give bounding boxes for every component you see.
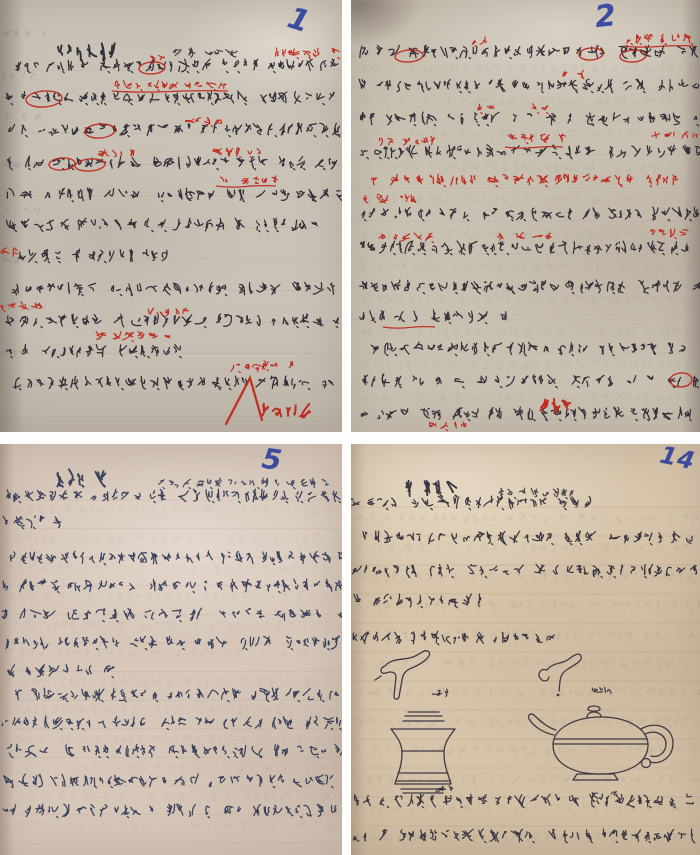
handwriting-layer-1 [0, 0, 342, 432]
bleedthrough-marks [355, 513, 700, 844]
teapot-sketches [375, 651, 673, 793]
page-number-3: 5 [260, 445, 284, 476]
manuscript-page-lesson2: 5 [0, 444, 342, 855]
page-number-4: 14 [658, 444, 698, 473]
handwriting-layer-2 [351, 0, 700, 432]
hexagonal-teapot-body-figure-3 [391, 712, 455, 793]
handwriting-layer-3 [0, 444, 342, 855]
handwriting-layer-4 [351, 444, 700, 855]
handwriting-lines [6, 43, 341, 389]
scanned-notes-collage: 1 2 5 14 [0, 0, 700, 855]
page-number-2: 2 [593, 1, 618, 33]
manuscript-page-lesson1: 1 [0, 0, 342, 432]
manuscript-page-lesson5-teapots: 14 [351, 444, 700, 855]
red-correction-marks [0, 55, 310, 424]
figure-labels [432, 687, 619, 798]
round-teapot-figure-4 [528, 706, 673, 780]
manuscript-page-lesson1-cont: 2 [351, 0, 700, 432]
